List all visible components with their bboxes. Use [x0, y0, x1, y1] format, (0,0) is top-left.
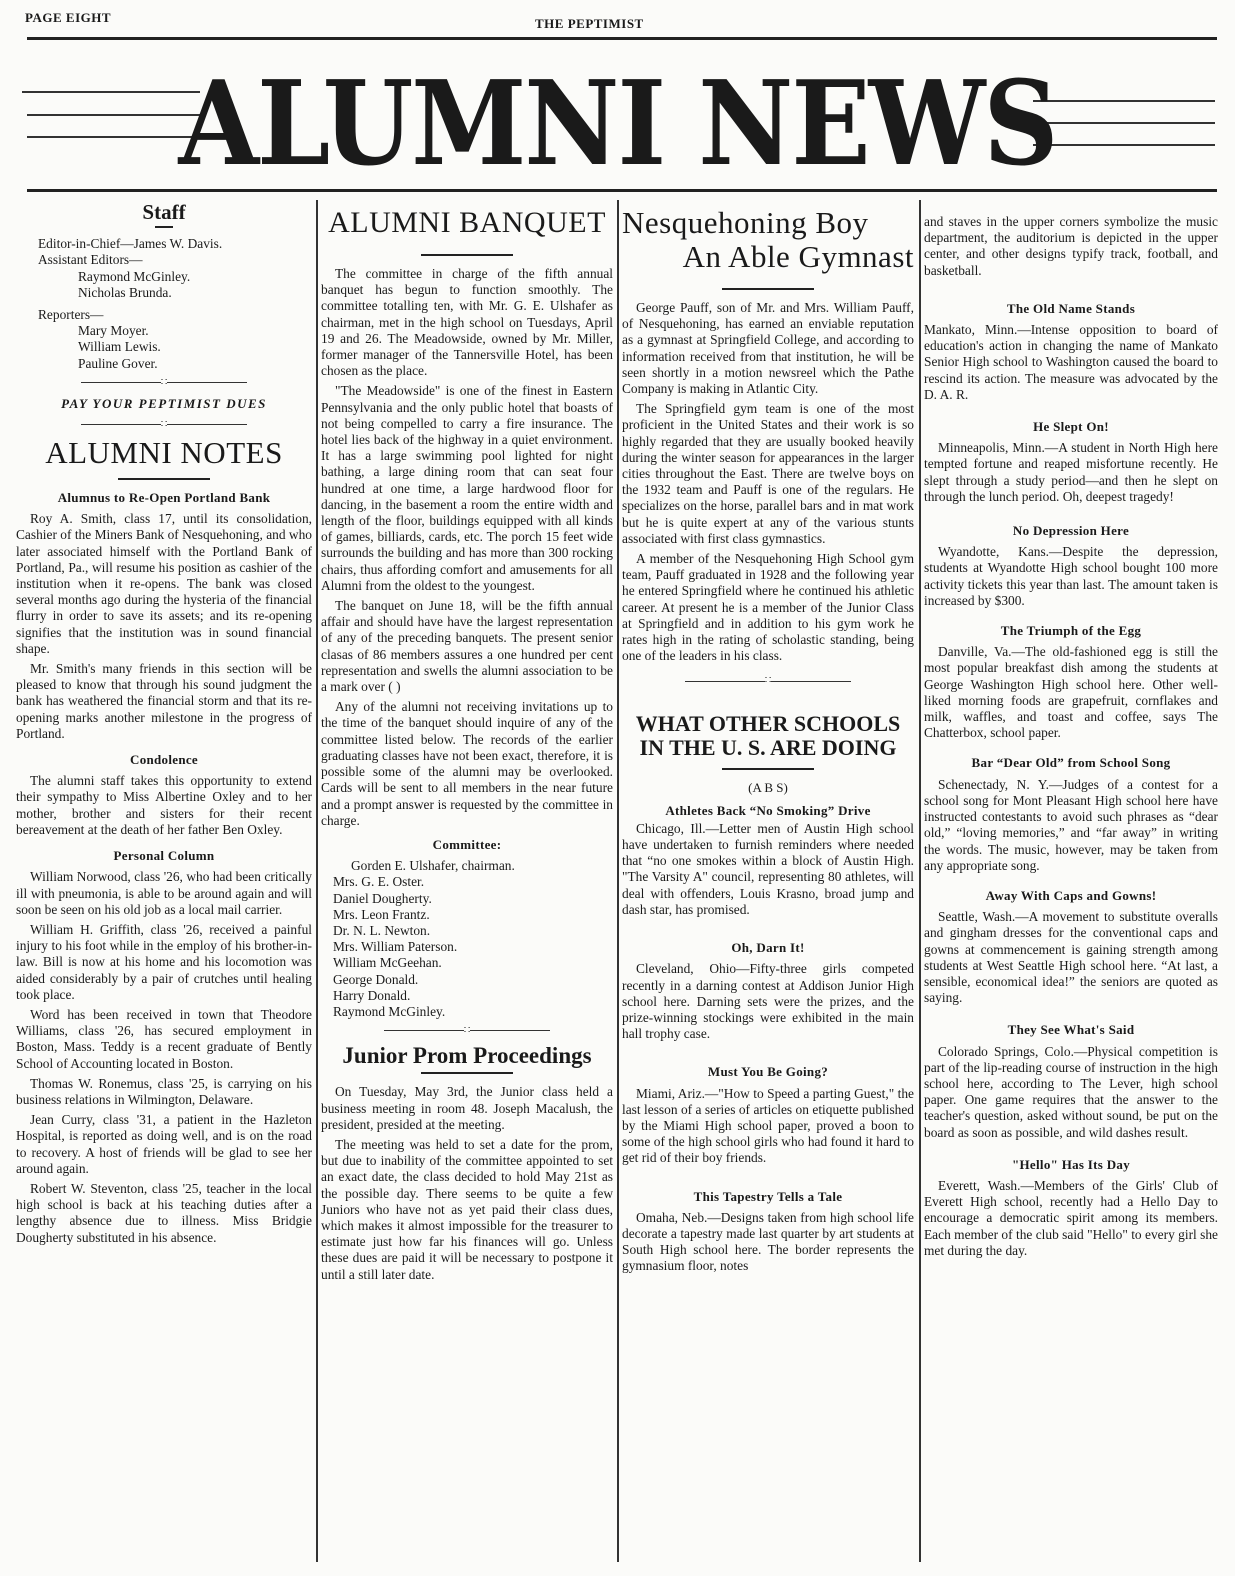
assistant-editors-label: Assistant Editors—	[38, 252, 312, 268]
paper-name: THE PEPTIMIST	[535, 16, 644, 32]
article-paragraph: The meeting was held to set a date for t…	[321, 1137, 613, 1283]
article-paragraph: Mankato, Minn.—Intense opposition to boa…	[924, 322, 1218, 403]
article-paragraph: Seattle, Wash.—A movement to substitute …	[924, 909, 1218, 1006]
article-paragraph: The Springfield gym team is one of the m…	[622, 401, 914, 547]
reporter: Pauline Gover.	[38, 356, 312, 372]
ornament-divider: ∷	[321, 1026, 613, 1036]
reporter: Mary Moyer.	[38, 323, 312, 339]
column-1: Staff Editor-in-Chief—James W. Davis. As…	[16, 198, 312, 1568]
article-paragraph: Mr. Smith's many friends in this section…	[16, 661, 312, 742]
article-title: Condolence	[16, 752, 312, 768]
article-paragraph: William Norwood, class '26, who had been…	[16, 869, 312, 918]
article-title: "Hello" Has Its Day	[924, 1157, 1218, 1173]
article-title: Bar “Dear Old” from School Song	[924, 755, 1218, 771]
article-paragraph: Word has been received in town that Theo…	[16, 1007, 312, 1072]
reporters-label: Reporters—	[38, 307, 312, 323]
article-paragraph: Wyandotte, Kans.—Despite the depression,…	[924, 544, 1218, 609]
ornament-divider: ∷	[16, 378, 312, 388]
column-divider-1	[316, 200, 318, 1562]
page-number: PAGE EIGHT	[25, 10, 111, 26]
article-title: The Triumph of the Egg	[924, 623, 1218, 639]
schools-heading: WHAT OTHER SCHOOLS IN THE U. S. ARE DOIN…	[622, 712, 914, 760]
committee-member: William McGeehan.	[333, 955, 613, 971]
committee-member: Raymond McGinley.	[333, 1004, 613, 1020]
committee-member: Harry Donald.	[333, 988, 613, 1004]
article-paragraph: Any of the alumni not receiving invitati…	[321, 699, 613, 829]
committee-member: Mrs. Leon Frantz.	[333, 907, 613, 923]
article-paragraph: Cleveland, Ohio—Fifty-three girls compet…	[622, 961, 914, 1042]
dues-notice: PAY YOUR PEPTIMIST DUES	[16, 396, 312, 412]
article-paragraph: On Tuesday, May 3rd, the Junior class he…	[321, 1084, 613, 1133]
committee-list: Gorden E. Ulshafer, chairman. Mrs. G. E.…	[321, 858, 613, 1020]
article-paragraph: Roy A. Smith, class 17, until its consol…	[16, 511, 312, 657]
article-paragraph: George Pauff, son of Mr. and Mrs. Willia…	[622, 300, 914, 397]
committee-member: Mrs. G. E. Oster.	[333, 874, 613, 890]
committee-member: Mrs. William Paterson.	[333, 939, 613, 955]
article-title: Personal Column	[16, 848, 312, 864]
committee-member: Dr. N. L. Newton.	[333, 923, 613, 939]
article-title: Alumnus to Re-Open Portland Bank	[16, 490, 312, 506]
committee-member: Daniel Dougherty.	[333, 891, 613, 907]
heading-rule	[421, 254, 513, 256]
article-paragraph: Miami, Ariz.—"How to Speed a parting Gue…	[622, 1086, 914, 1167]
article-paragraph: Schenectady, N. Y.—Judges of a contest f…	[924, 777, 1218, 874]
article-paragraph: "The Meadowside" is one of the finest in…	[321, 383, 613, 594]
alumni-notes-heading: ALUMNI NOTES	[16, 436, 312, 470]
column-divider-2	[617, 200, 619, 1562]
assistant-editor: Nicholas Brunda.	[38, 285, 312, 301]
article-paragraph-continued: and staves in the upper corners symboliz…	[924, 214, 1218, 279]
article-title: No Depression Here	[924, 523, 1218, 539]
article-title: He Slept On!	[924, 419, 1218, 435]
article-paragraph: Colorado Springs, Colo.—Physical competi…	[924, 1044, 1218, 1141]
column-divider-3	[919, 200, 921, 1562]
article-title: Oh, Darn It!	[622, 940, 914, 956]
article-paragraph: The alumni staff takes this opportunity …	[16, 773, 312, 838]
banquet-heading: ALUMNI BANQUET	[321, 206, 613, 240]
article-paragraph: Omaha, Neb.—Designs taken from high scho…	[622, 1210, 914, 1275]
article-paragraph: Robert W. Steventon, class '25, teacher …	[16, 1181, 312, 1246]
heading-rule	[421, 1072, 513, 1074]
article-title: They See What's Said	[924, 1022, 1218, 1038]
article-title: This Tapestry Tells a Tale	[622, 1189, 914, 1205]
article-title: The Old Name Stands	[924, 301, 1218, 317]
column-2: ALUMNI BANQUET The committee in charge o…	[321, 198, 613, 1568]
column-3: Nesquehoning Boy An Able Gymnast George …	[622, 198, 914, 1568]
news-source: (A B S)	[622, 780, 914, 796]
heading-rule	[722, 768, 814, 770]
header-top-rule	[27, 37, 1217, 40]
editor-in-chief: Editor-in-Chief—James W. Davis.	[38, 236, 312, 252]
prom-heading: Junior Prom Proceedings	[321, 1048, 613, 1064]
article-title: Athletes Back “No Smoking” Drive	[622, 803, 914, 819]
heading-rule	[118, 478, 210, 480]
article-paragraph: Everett, Wash.—Members of the Girls' Clu…	[924, 1178, 1218, 1259]
masthead-bottom-rule	[27, 189, 1217, 192]
assistant-editor: Raymond McGinley.	[38, 269, 312, 285]
masthead-title: ALUMNI NEWS	[0, 62, 1235, 185]
committee-member: Gorden E. Ulshafer, chairman.	[333, 858, 613, 874]
column-4: and staves in the upper corners symboliz…	[924, 198, 1218, 1568]
gymnast-heading-line-2: An Able Gymnast	[622, 240, 914, 274]
article-title: Away With Caps and Gowns!	[924, 888, 1218, 904]
staff-heading: Staff	[16, 204, 312, 220]
article-paragraph: Thomas W. Ronemus, class '25, is carryin…	[16, 1076, 312, 1108]
staff-box: Editor-in-Chief—James W. Davis. Assistan…	[16, 236, 312, 372]
ornament-divider: ∷	[16, 420, 312, 430]
ornament-divider: ∷	[622, 676, 914, 686]
reporter: William Lewis.	[38, 339, 312, 355]
gymnast-heading-line-1: Nesquehoning Boy	[622, 206, 914, 240]
heading-rule	[722, 288, 814, 290]
article-paragraph: A member of the Nesquehoning High School…	[622, 551, 914, 664]
article-paragraph: Chicago, Ill.—Letter men of Austin High …	[622, 821, 914, 918]
article-paragraph: Danville, Va.—The old-fashioned egg is s…	[924, 644, 1218, 741]
article-title: Must You Be Going?	[622, 1064, 914, 1080]
committee-title: Committee:	[321, 837, 613, 853]
page-header: PAGE EIGHT THE PEPTIMIST	[25, 10, 1215, 30]
committee-member: George Donald.	[333, 972, 613, 988]
article-paragraph: The committee in charge of the fifth ann…	[321, 266, 613, 379]
article-paragraph: The banquet on June 18, will be the fift…	[321, 598, 613, 695]
heading-dash	[155, 226, 173, 228]
article-paragraph: Jean Curry, class '31, a patient in the …	[16, 1112, 312, 1177]
article-paragraph: Minneapolis, Minn.—A student in North Hi…	[924, 440, 1218, 505]
article-paragraph: William H. Griffith, class '26, received…	[16, 922, 312, 1003]
